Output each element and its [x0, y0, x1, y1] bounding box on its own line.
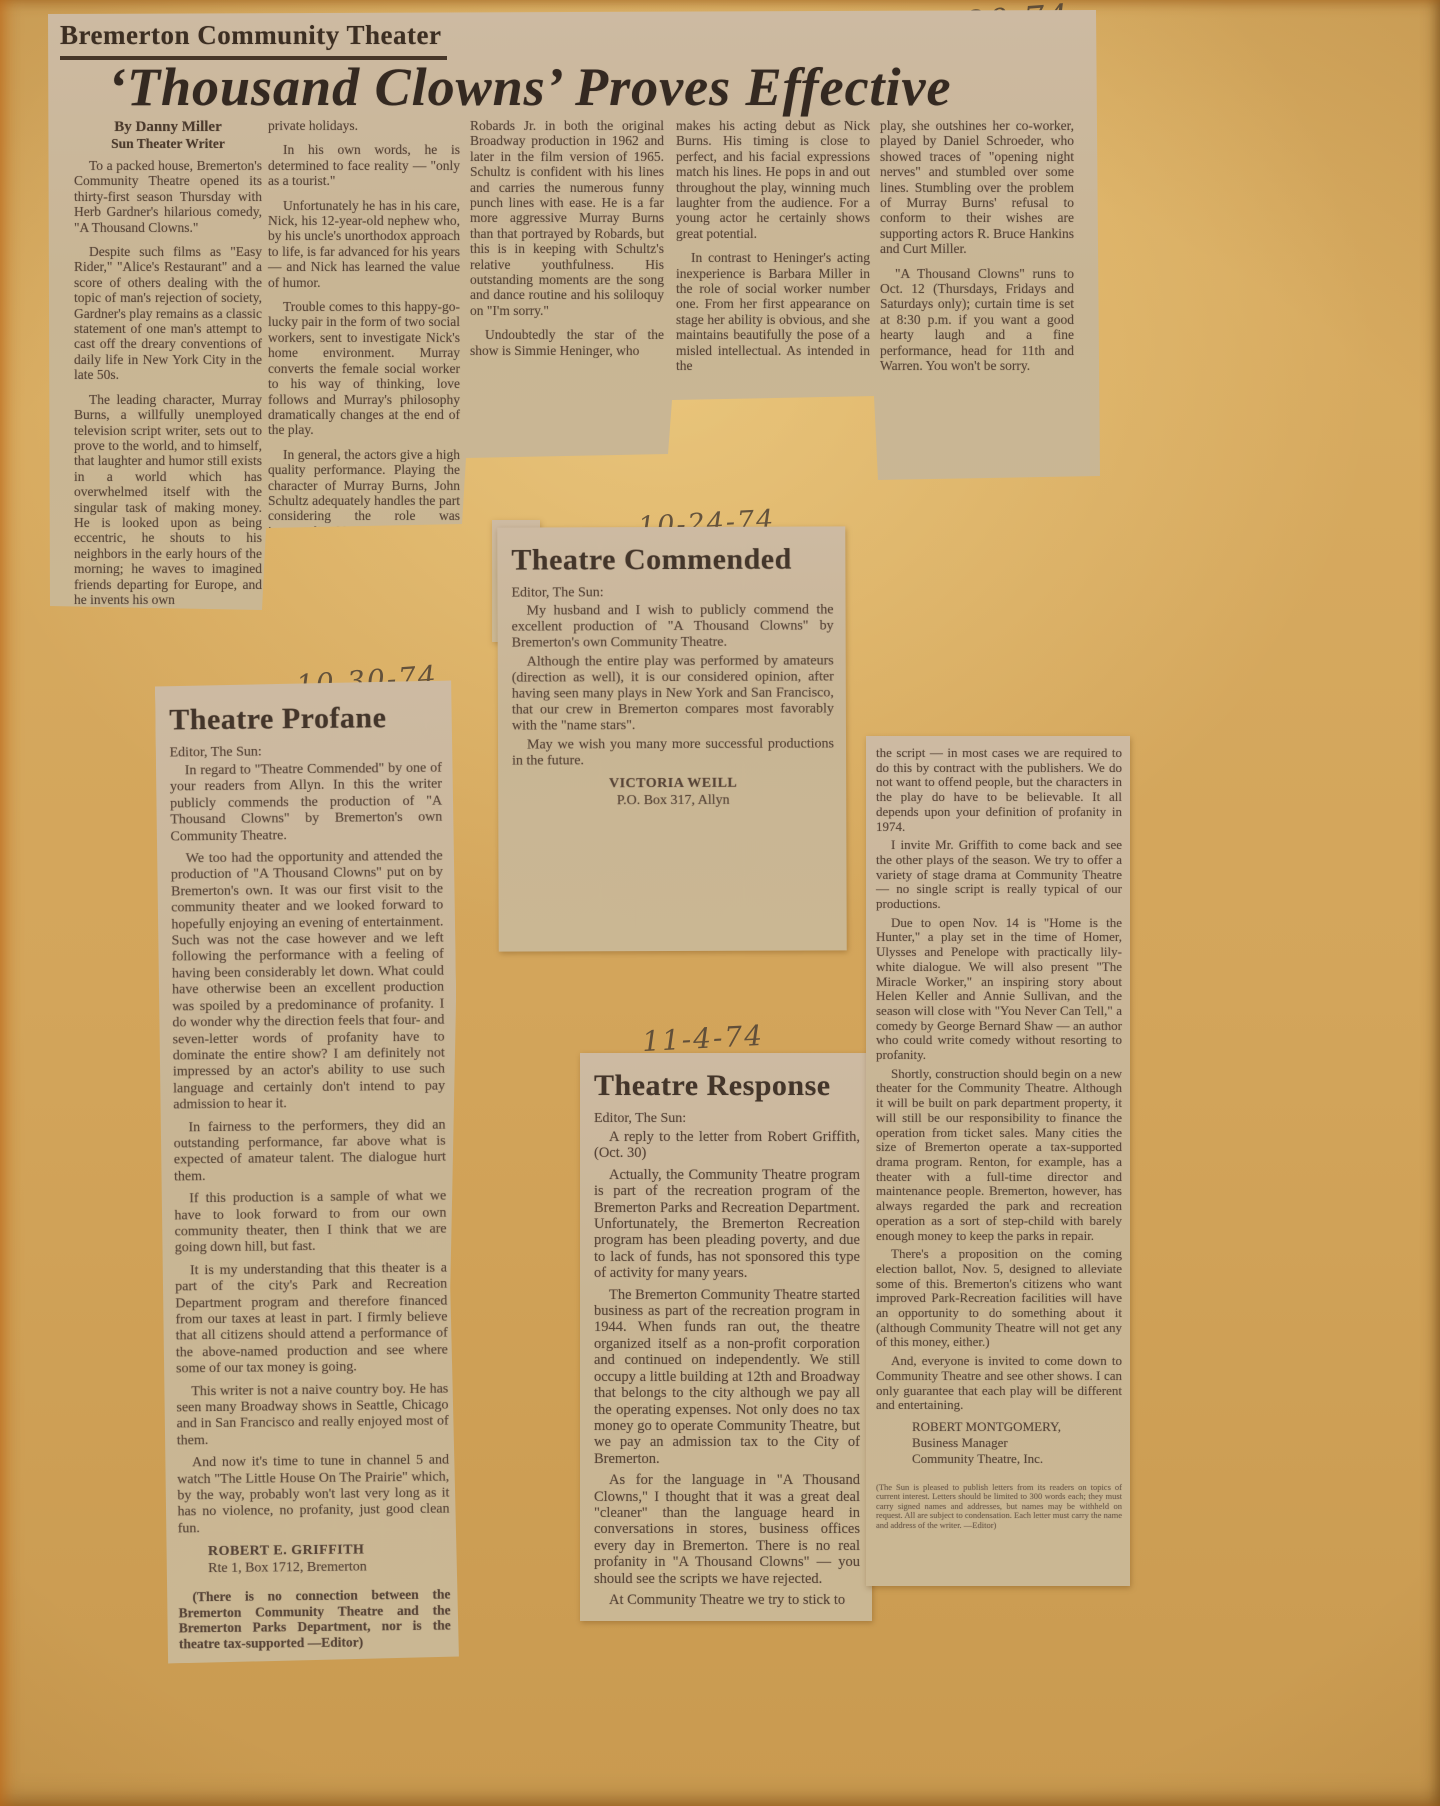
paragraph: If this production is a sample of what w… [174, 1189, 447, 1257]
review-column-5: play, she outshines her co-worker, playe… [880, 118, 1074, 374]
paragraph: To a packed house, Bremerton's Community… [74, 158, 262, 235]
paragraph: "A Thousand Clowns" runs to Oct. 12 (Thu… [880, 266, 1074, 374]
letter-commended-clipping: Theatre Commended Editor, The Sun: My hu… [497, 526, 846, 951]
paragraph: In fairness to the performers, they did … [173, 1117, 446, 1185]
review-column-4: makes his acting debut as Nick Burns. Hi… [676, 118, 870, 374]
letter-profane-signature: ROBERT E. GRIFFITH Rte 1, Box 1712, Brem… [178, 1541, 450, 1578]
paragraph: In his own words, he is determined to fa… [268, 142, 460, 188]
paragraph: Although the entire play was performed b… [512, 654, 834, 734]
signature-line: Community Theatre, Inc. [912, 1451, 1122, 1467]
album-page: Sun 9-20-74 10-24-74 10-30-74 11-4-74 Br… [0, 0, 1440, 1806]
review-column-3: Robards Jr. in both the original Broadwa… [470, 118, 664, 358]
letter-response-salutation: Editor, The Sun: [594, 1111, 860, 1127]
review-byline: By Danny Miller [74, 118, 262, 136]
paragraph: The leading character, Murray Burns, a w… [74, 392, 262, 608]
paragraph: My husband and I wish to publicly commen… [512, 602, 834, 651]
paragraph: makes his acting debut as Nick Burns. Hi… [676, 118, 870, 241]
review-clipping: Bremerton Community Theater ‘Thousand Cl… [48, 10, 1100, 612]
letter-commended-body: My husband and I wish to publicly commen… [512, 602, 835, 769]
paragraph: Unfortunately he has in his care, Nick, … [268, 198, 460, 290]
signature-address: Rte 1, Box 1712, Bremerton [208, 1558, 450, 1578]
review-column-2: private holidays.In his own words, he is… [268, 118, 460, 539]
signature-line: ROBERT MONTGOMERY, [912, 1419, 1122, 1435]
paragraph: May we wish you many more successful pro… [512, 737, 834, 770]
letter-continuation-clipping: the script — in most cases we are requir… [866, 736, 1130, 1586]
paragraph: Despite such films as "Easy Rider," "Ali… [74, 244, 262, 383]
letter-continuation-body: the script — in most cases we are requir… [876, 746, 1122, 1413]
paragraph: There's a proposition on the coming elec… [876, 1247, 1122, 1350]
paragraph: Due to open Nov. 14 is "Home is the Hunt… [876, 916, 1122, 1063]
review-column-3-text: Robards Jr. in both the original Broadwa… [470, 118, 664, 358]
paragraph: It is my understanding that this theater… [175, 1260, 448, 1378]
paragraph: We too had the opportunity and attended … [171, 849, 446, 1114]
review-kicker: Bremerton Community Theater [60, 20, 447, 60]
letter-profane-clipping: Theatre Profane Editor, The Sun: In rega… [155, 680, 463, 1663]
paragraph: A reply to the letter from Robert Griffi… [594, 1129, 860, 1162]
letter-response-title: Theatre Response [594, 1069, 860, 1103]
paragraph: In contrast to Heninger's acting inexper… [676, 250, 870, 373]
paragraph: And, everyone is invited to come down to… [876, 1354, 1122, 1413]
letter-commended-signature: VICTORIA WEILL P.O. Box 317, Allyn [512, 774, 834, 809]
paragraph: Shortly, construction should begin on a … [876, 1067, 1122, 1243]
letters-policy-fine-print: (The Sun is pleased to publish letters f… [876, 1483, 1122, 1531]
paragraph: In regard to "Theatre Commended" by one … [170, 761, 443, 846]
paragraph: private holidays. [268, 118, 460, 133]
paragraph: In general, the actors give a high quali… [268, 447, 460, 539]
letter-continuation-signature: ROBERT MONTGOMERY,Business ManagerCommun… [876, 1419, 1122, 1467]
letter-profane-salutation: Editor, The Sun: [170, 743, 442, 762]
review-byline-title: Sun Theater Writer [74, 136, 262, 152]
editor-note: (There is no connection between the Brem… [178, 1587, 451, 1652]
paragraph: Robards Jr. in both the original Broadwa… [470, 118, 664, 318]
paragraph: play, she outshines her co-worker, playe… [880, 118, 1074, 257]
signature-line: Business Manager [912, 1435, 1122, 1451]
paragraph: Actually, the Community Theatre program … [594, 1167, 860, 1282]
column-end-rule [186, 613, 216, 616]
letter-profane-title: Theatre Profane [169, 701, 441, 738]
review-column-1-text: To a packed house, Bremerton's Community… [74, 158, 262, 607]
review-column-4-text: makes his acting debut as Nick Burns. Hi… [676, 118, 870, 374]
signature-name: VICTORIA WEILL [512, 774, 834, 792]
signature-address: P.O. Box 317, Allyn [512, 791, 834, 809]
paragraph: As for the language in "A Thousand Clown… [594, 1472, 860, 1587]
letter-response-body: A reply to the letter from Robert Griffi… [594, 1129, 860, 1608]
paragraph: the script — in most cases we are requir… [876, 746, 1122, 834]
paragraph: The Bremerton Community Theatre started … [594, 1287, 860, 1467]
paragraph: Undoubtedly the star of the show is Simm… [470, 327, 664, 358]
letter-profane-body: In regard to "Theatre Commended" by one … [170, 761, 450, 1538]
paragraph: This writer is not a naive country boy. … [176, 1381, 449, 1449]
letter-response-clipping: Theatre Response Editor, The Sun: A repl… [580, 1053, 872, 1621]
review-headline: ‘Thousand Clowns’ Proves Effective [108, 56, 1098, 118]
review-column-5-text: play, she outshines her co-worker, playe… [880, 118, 1074, 374]
paragraph: And now it's time to tune in channel 5 a… [177, 1453, 450, 1538]
letter-commended-title: Theatre Commended [511, 542, 833, 577]
review-column-2-text: private holidays.In his own words, he is… [268, 118, 460, 539]
paragraph: At Community Theatre we try to stick to [594, 1592, 860, 1608]
review-column-1: By Danny Miller Sun Theater Writer To a … [74, 118, 262, 616]
paragraph: Trouble comes to this happy-go-lucky pai… [268, 299, 460, 438]
letter-commended-salutation: Editor, The Sun: [511, 584, 833, 601]
paragraph: I invite Mr. Griffith to come back and s… [876, 838, 1122, 912]
